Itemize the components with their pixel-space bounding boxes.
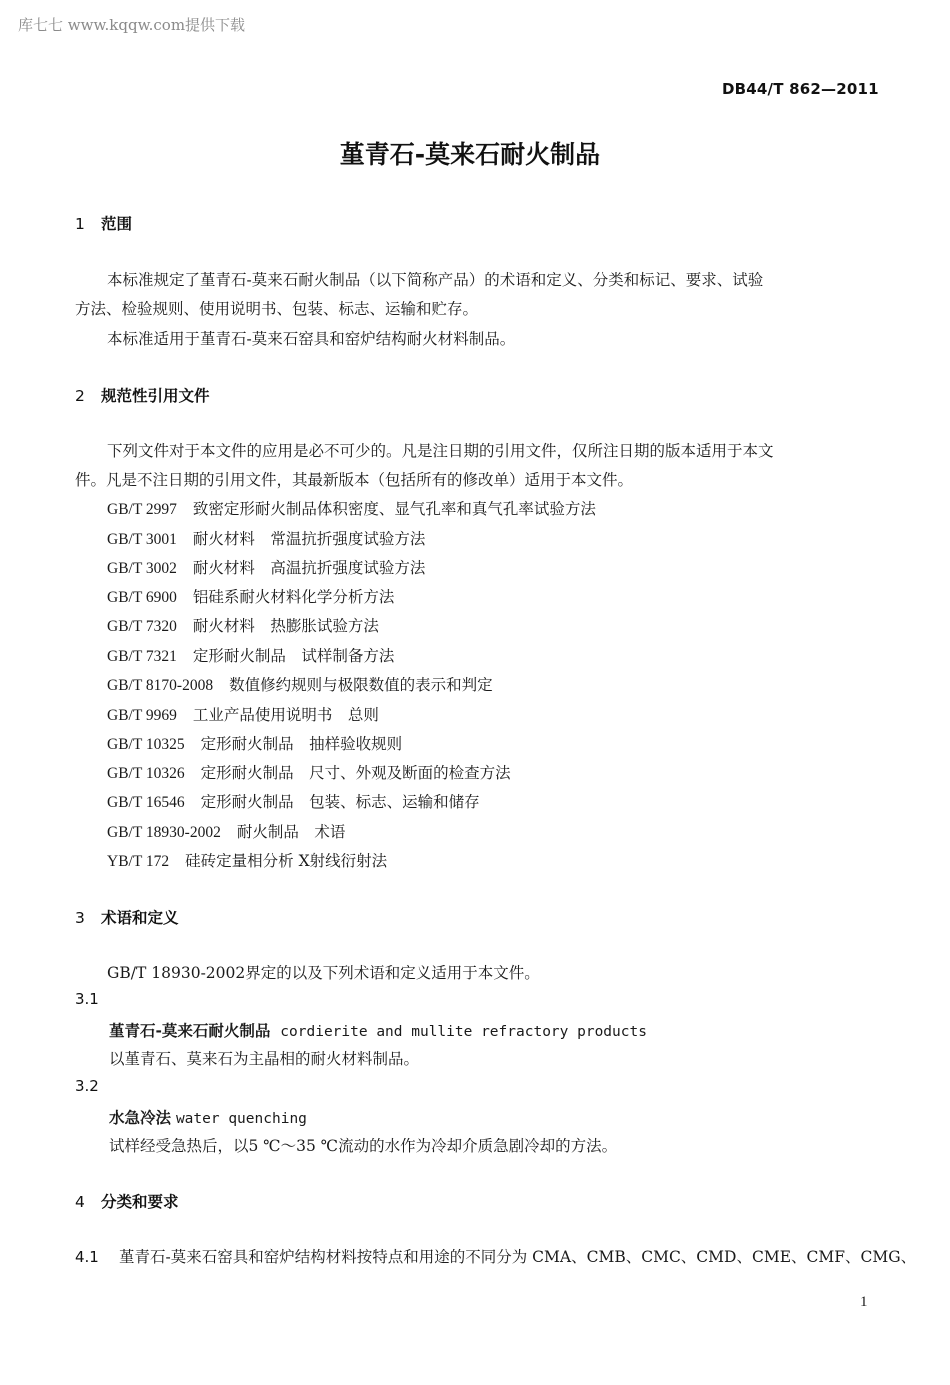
term-definition: 以堇青石、莫来石为主晶相的耐火材料制品。 <box>109 1047 419 1069</box>
reference-title: 数值修约规则与极限数值的表示和判定 <box>229 676 493 694</box>
reference-item: GB/T 18930-2002耐火制品 术语 <box>107 820 345 842</box>
reference-item: GB/T 3001耐火材料 常温抗折强度试验方法 <box>107 527 425 549</box>
reference-item: GB/T 7320耐火材料 热膨胀试验方法 <box>107 614 379 636</box>
section-title: 范围 <box>101 215 132 233</box>
term-english: water quenching <box>176 1111 307 1127</box>
page-number: 1 <box>860 1294 868 1311</box>
reference-title: 致密定形耐火制品体积密度、显气孔率和真气孔率试验方法 <box>193 500 596 518</box>
reference-title: 工业产品使用说明书 总则 <box>193 706 379 724</box>
paragraph: 本标准规定了堇青石-莫来石耐火制品（以下简称产品）的术语和定义、分类和标记、要求… <box>107 268 763 290</box>
section-title: 术语和定义 <box>101 909 179 927</box>
clause-text: 堇青石-莫来石窑具和窑炉结构材料按特点和用途的不同分为 CMA、CMB、CMC、… <box>119 1248 916 1266</box>
document-number: DB44/T 862—2011 <box>722 80 879 98</box>
section-heading-3: 3术语和定义 <box>75 906 179 928</box>
document-title: 堇青石-莫来石耐火制品 <box>0 135 940 171</box>
section-number: 2 <box>75 387 101 405</box>
section-number: 1 <box>75 215 101 233</box>
reference-code: GB/T 9969 <box>107 707 177 725</box>
reference-code: GB/T 7321 <box>107 648 177 666</box>
reference-title: 耐火材料 常温抗折强度试验方法 <box>193 530 426 548</box>
section-heading-2: 2规范性引用文件 <box>75 384 210 406</box>
reference-item: GB/T 8170-2008数值修约规则与极限数值的表示和判定 <box>107 673 493 695</box>
reference-code: GB/T 10326 <box>107 765 185 783</box>
reference-title: 定形耐火制品 抽样验收规则 <box>201 735 403 753</box>
reference-title: 铝硅系耐火材料化学分析方法 <box>193 588 395 606</box>
clause-number: 4.1 <box>75 1248 119 1266</box>
section-number: 3 <box>75 909 101 927</box>
reference-item: GB/T 10326定形耐火制品 尺寸、外观及断面的检查方法 <box>107 761 511 783</box>
reference-title: 耐火制品 术语 <box>237 823 346 841</box>
reference-code: GB/T 6900 <box>107 589 177 607</box>
reference-title: 耐火材料 高温抗折强度试验方法 <box>193 559 426 577</box>
reference-code: GB/T 8170-2008 <box>107 677 213 695</box>
reference-title: 定形耐火制品 尺寸、外观及断面的检查方法 <box>201 764 511 782</box>
reference-code: GB/T 7320 <box>107 618 177 636</box>
term-chinese: 水急冷法 <box>109 1109 171 1127</box>
reference-code: GB/T 10325 <box>107 736 185 754</box>
reference-code: GB/T 3002 <box>107 560 177 578</box>
paragraph: 件。凡是不注日期的引用文件，其最新版本（包括所有的修改单）适用于本文件。 <box>75 468 633 490</box>
term-number: 3.2 <box>75 1077 99 1095</box>
paragraph: 本标准适用于堇青石-莫来石窑具和窑炉结构耐火材料制品。 <box>107 327 515 349</box>
section-title: 分类和要求 <box>101 1193 179 1211</box>
reference-code: GB/T 2997 <box>107 501 177 519</box>
reference-item: GB/T 9969工业产品使用说明书 总则 <box>107 703 379 725</box>
section-heading-1: 1范围 <box>75 212 132 234</box>
reference-code: GB/T 3001 <box>107 531 177 549</box>
reference-code: YB/T 172 <box>107 853 169 871</box>
term-english: cordierite and mullite refractory produc… <box>280 1024 647 1040</box>
paragraph: GB/T 18930-2002界定的以及下列术语和定义适用于本文件。 <box>107 961 540 983</box>
term-number: 3.1 <box>75 990 99 1008</box>
paragraph: 下列文件对于本文件的应用是必不可少的。凡是注日期的引用文件，仅所注日期的版本适用… <box>107 439 774 461</box>
reference-code: GB/T 16546 <box>107 794 185 812</box>
section-number: 4 <box>75 1193 101 1211</box>
reference-item: YB/T 172硅砖定量相分析 X射线衍射法 <box>107 849 387 871</box>
term-definition: 试样经受急热后，以5 ℃～35 ℃流动的水作为冷却介质急剧冷却的方法。 <box>109 1134 617 1156</box>
term-entry: 水急冷法 water quenching <box>109 1106 307 1128</box>
watermark: 库七七 www.kqqw.com提供下载 <box>18 14 245 35</box>
reference-item: GB/T 3002耐火材料 高温抗折强度试验方法 <box>107 556 425 578</box>
term-chinese: 堇青石-莫来石耐火制品 <box>109 1022 270 1040</box>
reference-item: GB/T 7321定形耐火制品 试样制备方法 <box>107 644 394 666</box>
reference-title: 硅砖定量相分析 X射线衍射法 <box>185 852 387 870</box>
reference-code: GB/T 18930-2002 <box>107 824 221 842</box>
section-title: 规范性引用文件 <box>101 387 210 405</box>
reference-title: 定形耐火制品 试样制备方法 <box>193 647 395 665</box>
reference-item: GB/T 2997致密定形耐火制品体积密度、显气孔率和真气孔率试验方法 <box>107 497 596 519</box>
paragraph: 方法、检验规则、使用说明书、包装、标志、运输和贮存。 <box>75 297 478 319</box>
term-entry: 堇青石-莫来石耐火制品 cordierite and mullite refra… <box>109 1019 647 1041</box>
reference-item: GB/T 6900铝硅系耐火材料化学分析方法 <box>107 585 394 607</box>
reference-title: 耐火材料 热膨胀试验方法 <box>193 617 379 635</box>
section-heading-4: 4分类和要求 <box>75 1190 179 1212</box>
reference-item: GB/T 10325定形耐火制品 抽样验收规则 <box>107 732 402 754</box>
reference-item: GB/T 16546定形耐火制品 包装、标志、运输和储存 <box>107 790 480 812</box>
reference-title: 定形耐火制品 包装、标志、运输和储存 <box>201 793 480 811</box>
clause: 4.1堇青石-莫来石窑具和窑炉结构材料按特点和用途的不同分为 CMA、CMB、C… <box>75 1245 916 1267</box>
